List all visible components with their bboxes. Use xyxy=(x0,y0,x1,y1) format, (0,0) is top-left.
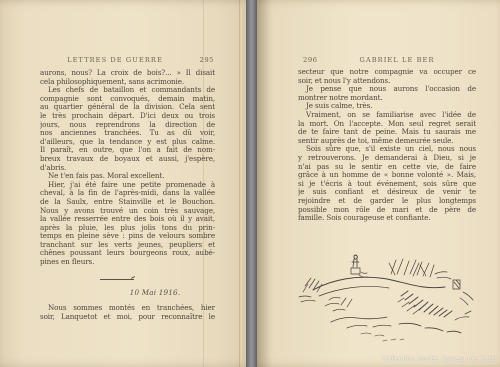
text-line: rejoindre et de garder le plus longtemps xyxy=(298,197,476,206)
text-line: Nous y avons trouvé un coin très sauvage… xyxy=(40,207,215,216)
text-line: secteur que notre compagnie va occuper c… xyxy=(298,68,476,77)
text-line: n'ai pas su le sentir en cette vie, de f… xyxy=(298,163,476,172)
text-line: d'abris. xyxy=(40,164,215,173)
letter-date: 10 Mai 1916. xyxy=(100,288,210,297)
text-line: tranchant sur les verts jeunes, peuplier… xyxy=(40,241,215,250)
text-line: compagnie sont convoqués, demain matin, xyxy=(40,95,215,104)
text-line: le très prochain départ. D'ici deux ou t… xyxy=(40,112,215,121)
text-line: pines en fleurs. xyxy=(40,258,215,267)
text-line: chênes poussant leurs bourgeons roux, au… xyxy=(40,249,215,258)
text-line: possible mon rôle de mari et de père de xyxy=(298,206,476,215)
right-page-text: secteur que notre compagnie va occuper c… xyxy=(298,68,476,223)
text-line: si je t'écris à tout événement, sois sûr… xyxy=(298,180,476,189)
text-line: Je suis calme, très. xyxy=(298,102,476,111)
text-line: la vallée resserrée entre des bois où il… xyxy=(40,215,215,224)
text-line: montrer notre mordant. xyxy=(298,94,476,103)
text-line: soir, Lanquetot et moi, pour reconnaître… xyxy=(40,313,215,322)
page-edge-highlight xyxy=(243,0,244,367)
gutter-shadow xyxy=(257,0,273,367)
collection-watermark: Collection Musée Barreau de Paris xyxy=(382,356,497,363)
text-line: cheval, à la fin de l'après-midi, dans l… xyxy=(40,189,215,198)
text-line: temps en pleine sève : pins de velours s… xyxy=(40,232,215,241)
text-line: d'ailleurs, que la tendance y est plus c… xyxy=(40,138,215,147)
book-gutter xyxy=(246,0,257,367)
text-line: Il paraît, en outre, que l'on a fait de … xyxy=(40,146,215,155)
page-crease xyxy=(203,0,204,367)
left-page-closing-text: Nous sommes montés en tranchées, hiersoi… xyxy=(40,304,215,321)
page-edge-line xyxy=(239,0,240,367)
text-line: Les chefs de bataillon et commandants de xyxy=(40,86,215,95)
book-scan: LETTRES DE GUERRE 295 aurons, nous? La c… xyxy=(0,0,500,367)
text-line: je suis confiant et désireux de venir te xyxy=(298,188,476,197)
text-line: Vraiment, on se familiarise avec l'idée … xyxy=(298,111,476,120)
text-line: jours, nous reprendrons la direction de xyxy=(40,121,215,130)
right-page: 296 GABRIEL LE BER secteur que notre com… xyxy=(257,0,500,367)
left-running-head: LETTRES DE GUERRE xyxy=(40,56,190,64)
text-line: grâce à un homme de « bonne volonté ». M… xyxy=(298,171,476,180)
left-page-text: aurons, nous? La croix de bois?... » Il … xyxy=(40,69,215,267)
right-folio: 296 xyxy=(303,56,317,64)
left-page: LETTRES DE GUERRE 295 aurons, nous? La c… xyxy=(0,0,246,367)
text-line: sentir auprès de toi, même demeurée seul… xyxy=(298,137,476,146)
text-line: au quartier général de la division. Cela… xyxy=(40,103,215,112)
text-line: famille. Sois courageuse et confiante. xyxy=(298,214,476,223)
right-running-head: GABRIEL LE BER xyxy=(317,56,477,64)
text-line: cela philosophiquement, sans acrimonie. xyxy=(40,78,215,87)
text-line: de te faire tant de peine. Mais tu saura… xyxy=(298,128,476,137)
text-line: Hier, j'ai été faire une petite promenad… xyxy=(40,181,215,190)
trench-sketch-image xyxy=(295,250,485,345)
section-divider xyxy=(100,278,134,280)
text-line: Nous sommes montés en tranchées, hier xyxy=(40,304,215,313)
text-line: breux travaux de boyaux et aussi, j'espè… xyxy=(40,155,215,164)
text-line: Sois sûre que, s'il existe un ciel, nous… xyxy=(298,145,476,154)
text-line: y retrouverons. Je demanderai à Dieu, si… xyxy=(298,154,476,163)
divider-line xyxy=(100,279,134,280)
text-line: soir, et nous l'y attendons. xyxy=(298,77,476,86)
left-folio: 295 xyxy=(200,56,214,64)
text-line: Je pense que nous aurons l'occasion de xyxy=(298,85,476,94)
text-line: aurons, nous? La croix de bois?... » Il … xyxy=(40,69,215,78)
text-line: la mort. On l'accepte. Mon seul regret s… xyxy=(298,120,476,129)
text-line: Ne t'en fais pas. Moral excellent. xyxy=(40,172,215,181)
text-line: après la pluie, les plus jolis tons du p… xyxy=(40,224,215,233)
text-line: nos anciennes tranchées. Tu as dû voir, xyxy=(40,129,215,138)
text-line: de la Saulx, entre Stainville et le Bouc… xyxy=(40,198,215,207)
